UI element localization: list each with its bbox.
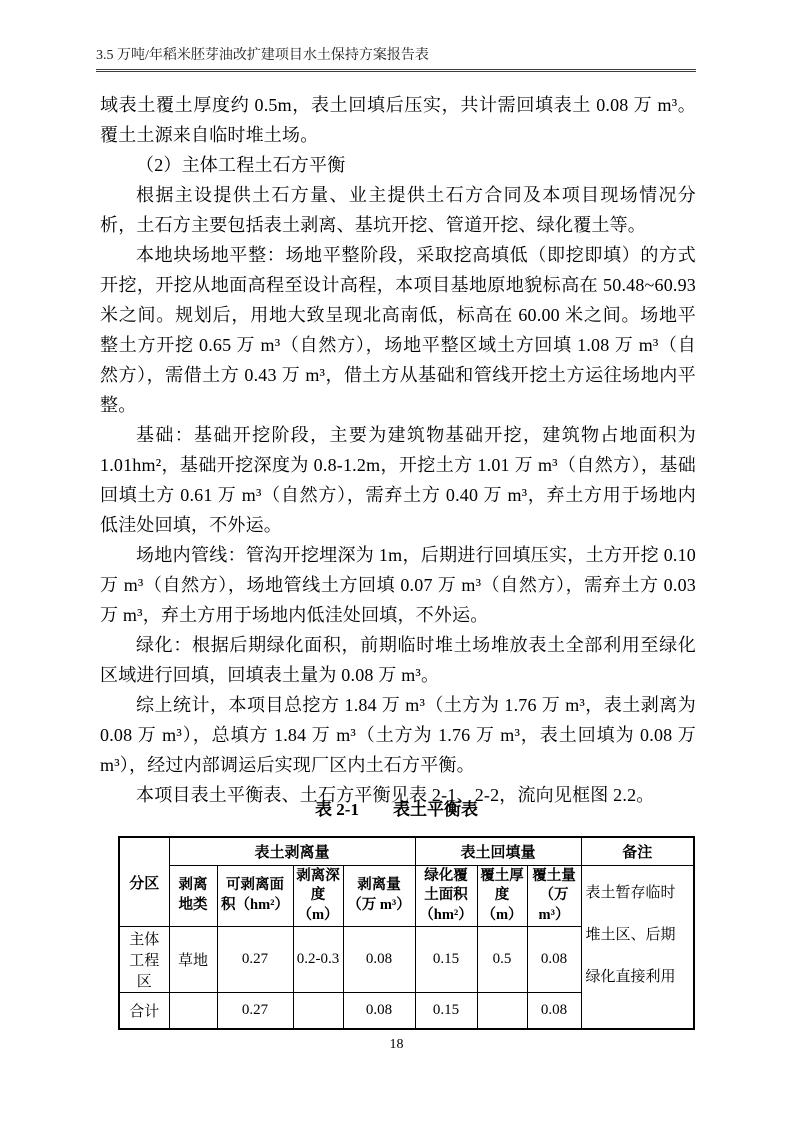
- cell-cover-thickness: 0.5: [477, 927, 527, 993]
- cell-landtype: [169, 993, 217, 1029]
- page-header: 3.5 万吨/年稻米胚芽油改扩建项目水土保持方案报告表: [96, 44, 696, 72]
- col-header-cover-area: 绿化覆土面积（hm²）: [415, 865, 477, 927]
- col-header-strip-depth: 剥离深度（m）: [293, 865, 343, 927]
- col-header-remark: 备注: [581, 837, 694, 865]
- cell-zone: 主体工程区: [119, 927, 169, 993]
- cell-cover-thickness: [477, 993, 527, 1029]
- cell-cover-volume: 0.08: [527, 993, 581, 1029]
- cell-cover-volume: 0.08: [527, 927, 581, 993]
- paragraph: 本地块场地平整：场地平整阶段，采取挖高填低（即挖即填）的方式开挖，开挖从地面高程…: [100, 240, 696, 420]
- col-header-strip-landtype: 剥离地类: [169, 865, 217, 927]
- document-page: 3.5 万吨/年稻米胚芽油改扩建项目水土保持方案报告表 域表土覆土厚度约 0.5…: [0, 0, 793, 1122]
- col-header-strip-area: 可剥离面积（hm²）: [217, 865, 293, 927]
- cell-strip-volume: 0.08: [343, 927, 415, 993]
- header-title: 3.5 万吨/年稻米胚芽油改扩建项目水土保持方案报告表: [96, 48, 429, 63]
- paragraph: 综上统计，本项目总挖方 1.84 万 m³（土方为 1.76 万 m³，表土剥离…: [100, 690, 696, 780]
- col-header-zone: 分区: [119, 837, 169, 927]
- table-header-row-groups: 分区 表土剥离量 表土回填量 备注: [119, 837, 694, 865]
- paragraph: 基础：基础开挖阶段，主要为建筑物基础开挖，建筑物占地面积为 1.01hm²，基础…: [100, 420, 696, 540]
- col-header-cover-volume: 覆土量（万 m³）: [527, 865, 581, 927]
- cell-strip-depth: 0.2-0.3: [293, 927, 343, 993]
- table-header-row-sub: 剥离地类 可剥离面积（hm²） 剥离深度（m） 剥离量（万 m³） 绿化覆土面积…: [119, 865, 694, 927]
- cell-strip-volume: 0.08: [343, 993, 415, 1029]
- paragraph: 绿化：根据后期绿化面积，前期临时堆土场堆放表土全部利用至绿化区域进行回填，回填表…: [100, 630, 696, 690]
- cell-strip-area: 0.27: [217, 993, 293, 1029]
- col-header-strip-volume: 剥离量（万 m³）: [343, 865, 415, 927]
- topsoil-balance-table: 分区 表土剥离量 表土回填量 备注 剥离地类 可剥离面积（hm²） 剥离深度（m…: [118, 836, 695, 1030]
- col-group-backfill: 表土回填量: [415, 837, 581, 865]
- cell-strip-depth: [293, 993, 343, 1029]
- remark-cell: 表土暂存临时堆土区、后期绿化直接利用: [581, 865, 694, 1029]
- table-caption: 表 2-1 表土平衡表: [0, 795, 793, 820]
- col-group-stripping: 表土剥离量: [169, 837, 415, 865]
- cell-strip-area: 0.27: [217, 927, 293, 993]
- paragraph: 场地内管线：管沟开挖埋深为 1m，后期进行回填压实，土方开挖 0.10 万 m³…: [100, 540, 696, 630]
- page-number: 18: [0, 1037, 793, 1053]
- paragraph: 根据主设提供土石方量、业主提供土石方合同及本项目现场情况分析，土石方主要包括表土…: [100, 180, 696, 240]
- cell-cover-area: 0.15: [415, 927, 477, 993]
- paragraph: 域表土覆土厚度约 0.5m，表土回填后压实，共计需回填表土 0.08 万 m³。…: [100, 90, 696, 150]
- cell-landtype: 草地: [169, 927, 217, 993]
- col-header-cover-thickness: 覆土厚度（m）: [477, 865, 527, 927]
- cell-zone: 合计: [119, 993, 169, 1029]
- paragraph: （2）主体工程土石方平衡: [100, 150, 696, 180]
- document-body: 域表土覆土厚度约 0.5m，表土回填后压实，共计需回填表土 0.08 万 m³。…: [100, 90, 696, 810]
- cell-cover-area: 0.15: [415, 993, 477, 1029]
